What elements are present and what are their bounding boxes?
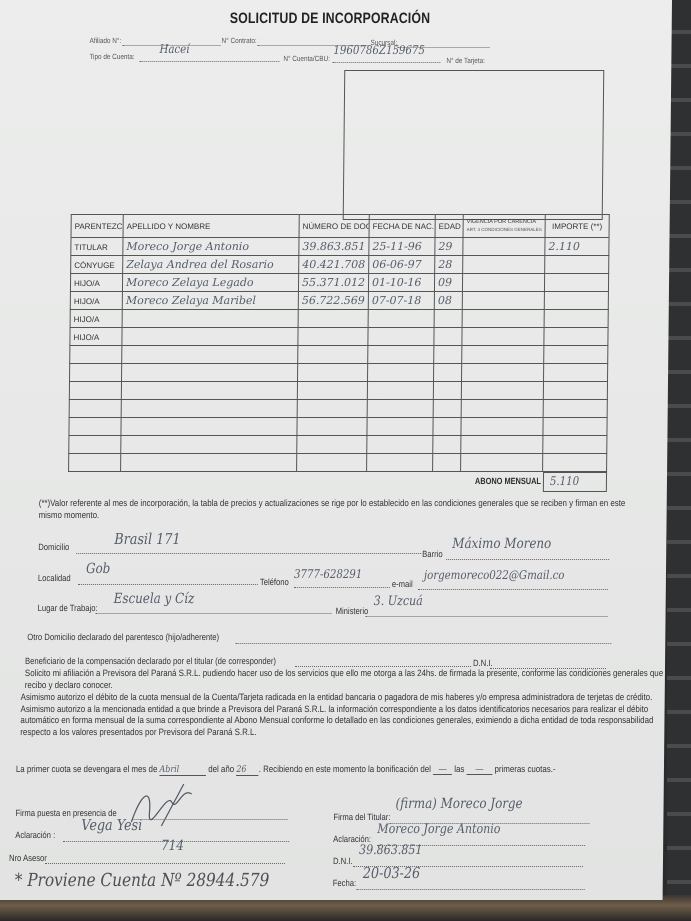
cell-nombre[interactable] <box>121 436 297 454</box>
background-surface <box>667 0 691 921</box>
cell-nombre[interactable]: Moreco Jorge Antonio <box>123 238 299 256</box>
parentezco-value: CÓNYUGE <box>74 261 115 270</box>
cell-vigencia[interactable] <box>462 328 544 346</box>
cell-vigencia[interactable] <box>462 346 544 364</box>
cell-nombre[interactable]: Moreco Zelaya Legado <box>122 274 298 292</box>
cell-vigencia[interactable] <box>462 292 544 310</box>
cell-nombre[interactable] <box>122 346 298 364</box>
col-importe: IMPORTE (**) <box>545 215 609 238</box>
cuota-text-5: primeras cuotas.- <box>494 764 555 774</box>
table-row <box>70 364 608 382</box>
cell-vigencia[interactable] <box>461 400 543 418</box>
cell-edad[interactable] <box>433 382 461 400</box>
cell-doc[interactable]: 56.722.569 <box>298 292 368 310</box>
col-vigencia-sub: ART. 4 CONDICIONES GENERALES <box>467 226 542 233</box>
parentezco-value: HIJO/A <box>74 297 100 306</box>
abono-mensual-label: ABONO MENSUAL <box>475 476 541 486</box>
cell-importe[interactable] <box>544 274 608 292</box>
cell-fecha[interactable] <box>367 400 433 418</box>
cell-edad[interactable] <box>434 346 462 364</box>
titular-dni-label: D.N.I. <box>333 856 353 866</box>
cuenta-anterior-note: * Proviene Cuenta Nº 28944.579 <box>15 870 270 891</box>
cell-doc[interactable] <box>297 418 367 436</box>
aclaracion-left-label: Aclaración : <box>15 830 55 840</box>
table-row <box>69 454 607 472</box>
cell-fecha[interactable] <box>368 328 434 346</box>
aclaracion-right-value: Moreco Jorge Antonio <box>377 822 500 837</box>
col-doc: NÚMERO DE DOC. <box>299 215 369 238</box>
doc-value: 39.863.851 <box>302 240 365 253</box>
col-vigencia-title: VIGENCIA POR CARENCIA <box>467 219 536 225</box>
cell-doc[interactable] <box>298 346 368 364</box>
cell-parentezco[interactable] <box>69 454 121 472</box>
cell-doc[interactable]: 55.371.012 <box>298 274 368 292</box>
cell-parentezco[interactable]: HIJO/A <box>70 274 122 292</box>
table-row: HIJO/AMoreco Zelaya Maribel56.722.56907-… <box>70 292 608 310</box>
cuota-line: La primer cuota se devengara el mes de A… <box>16 764 556 776</box>
cell-vigencia[interactable] <box>461 382 543 400</box>
fecha-value: 20-03-26 <box>363 864 420 882</box>
col-fecha: FECHA DE NAC. <box>369 215 435 238</box>
fecha-value: 06-06-97 <box>372 258 422 271</box>
form-title: SOLICITUD DE INCORPORACIÓN <box>230 10 431 27</box>
cell-fecha[interactable] <box>367 454 433 472</box>
form-sheet: SOLICITUD DE INCORPORACIÓN Afiliado N°: … <box>0 0 672 900</box>
parentezco-value: HIJO/A <box>73 333 99 342</box>
cell-importe[interactable] <box>543 382 607 400</box>
aclaracion-left-value: Vega Yesi <box>81 816 142 834</box>
cell-edad[interactable] <box>434 310 462 328</box>
nro-asesor-label: Nro Asesor <box>9 853 47 863</box>
cell-doc[interactable] <box>297 382 367 400</box>
cell-nombre[interactable] <box>121 382 297 400</box>
table-row <box>69 382 607 400</box>
cell-fecha[interactable]: 07-07-18 <box>368 292 434 310</box>
cell-fecha[interactable] <box>367 436 433 454</box>
cell-parentezco[interactable] <box>70 346 122 364</box>
cell-importe[interactable] <box>544 346 608 364</box>
card-photo-box <box>343 70 605 220</box>
doc-value: 56.722.569 <box>302 294 365 307</box>
fecha-value: 01-10-16 <box>372 276 422 289</box>
cell-importe[interactable] <box>544 364 608 382</box>
cuota-text-1: La primer cuota se devengara el mes de <box>16 764 158 774</box>
importe-value: 2.110 <box>548 240 580 253</box>
cell-nombre[interactable]: Zelaya Andrea del Rosario <box>123 256 299 274</box>
cell-doc[interactable] <box>298 364 368 382</box>
cell-importe[interactable]: 2.110 <box>545 238 609 256</box>
cell-vigencia[interactable] <box>463 256 545 274</box>
tipo-cuenta-value: Haceí <box>159 42 189 56</box>
cell-fecha[interactable] <box>368 346 434 364</box>
edad-value: 29 <box>438 240 452 253</box>
tarjeta-label: N° de Tarjeta: <box>446 56 485 65</box>
cell-doc[interactable] <box>297 400 367 418</box>
cell-fecha[interactable] <box>367 418 433 436</box>
domicilio-label: Domicilio <box>38 542 69 552</box>
localidad-label: Localidad <box>38 573 71 583</box>
cell-importe[interactable] <box>543 454 607 472</box>
cell-nombre[interactable] <box>121 454 297 472</box>
cell-edad[interactable]: 08 <box>434 292 462 310</box>
fecha-value: 07-07-18 <box>372 294 422 307</box>
cell-edad[interactable] <box>433 436 461 454</box>
col-vigencia: VIGENCIA POR CARENCIA ART. 4 CONDICIONES… <box>463 215 545 238</box>
email-label: e-mail <box>392 579 413 589</box>
cell-doc[interactable]: 40.421.708 <box>299 256 369 274</box>
cuota-text-2: del año <box>208 764 234 774</box>
beneficiario-field[interactable] <box>295 656 471 667</box>
cell-edad[interactable] <box>434 328 462 346</box>
cell-importe[interactable] <box>545 256 609 274</box>
cell-fecha[interactable]: 25-11-96 <box>369 238 435 256</box>
cell-nombre[interactable] <box>121 400 297 418</box>
cell-fecha[interactable] <box>368 310 434 328</box>
cell-vigencia[interactable] <box>462 364 544 382</box>
cuota-cuotas-field[interactable]: — <box>466 764 492 775</box>
barrio-label: Barrio <box>422 549 443 559</box>
table-header-row: PARENTEZCO APELLIDO Y NOMBRE NÚMERO DE D… <box>71 215 609 238</box>
cell-vigencia[interactable] <box>463 238 545 256</box>
ministerio-label: Ministerio <box>336 606 369 616</box>
tipo-cuenta-label: Tipo de Cuenta: <box>89 52 134 61</box>
nombre-value: Zelaya Andrea del Rosario <box>126 258 274 271</box>
cell-doc[interactable] <box>297 436 367 454</box>
nro-asesor-value: 714 <box>161 838 184 854</box>
edad-value: 09 <box>438 276 452 289</box>
table-row: TITULARMoreco Jorge Antonio39.863.85125-… <box>71 238 609 256</box>
cell-importe[interactable] <box>544 310 608 328</box>
doc-value: 40.421.708 <box>302 258 365 271</box>
cell-parentezco[interactable]: CÓNYUGE <box>71 256 123 274</box>
cell-parentezco[interactable] <box>70 364 122 382</box>
contrato-label: N° Contrato: <box>222 36 257 45</box>
cuota-text-3: . Recibiendo en este momento la bonifica… <box>259 764 431 774</box>
cell-parentezco[interactable]: HIJO/A <box>70 328 122 346</box>
cell-parentezco[interactable] <box>69 436 121 454</box>
cuota-bonif-field[interactable]: — <box>433 764 452 775</box>
col-edad: EDAD <box>435 215 463 238</box>
cell-edad[interactable] <box>433 400 461 418</box>
col-nombre: APELLIDO Y NOMBRE <box>123 215 299 238</box>
cell-vigencia[interactable] <box>461 436 543 454</box>
localidad-value: Gob <box>86 561 110 577</box>
abono-mensual-value: 5.110 <box>550 474 579 488</box>
doc-value: 55.371.012 <box>302 276 365 289</box>
lugar-trabajo-value: Escuela y Cíz <box>114 591 195 607</box>
barrio-value: Máximo Moreno <box>452 536 551 552</box>
cell-parentezco[interactable] <box>69 382 121 400</box>
edad-value: 28 <box>438 258 452 271</box>
cell-parentezco[interactable]: HIJO/A <box>70 310 122 328</box>
cell-nombre[interactable] <box>122 328 298 346</box>
cell-edad[interactable] <box>433 418 461 436</box>
telefono-label: Teléfono <box>260 577 289 587</box>
table-row: HIJO/AMoreco Zelaya Legado55.371.01201-1… <box>70 274 608 292</box>
otro-domicilio-field[interactable] <box>235 633 611 644</box>
fecha-label: Fecha: <box>333 878 356 888</box>
cell-vigencia[interactable] <box>461 418 543 436</box>
otro-domicilio-label: Otro Domicilio declarado del parentesco … <box>27 632 219 642</box>
cell-nombre[interactable] <box>121 418 297 436</box>
cell-importe[interactable] <box>543 400 607 418</box>
cuenta-cbu-label: N° Cuenta/CBU: <box>283 54 330 63</box>
cell-parentezco[interactable]: HIJO/A <box>70 292 122 310</box>
table-row: HIJO/A <box>70 310 608 328</box>
cell-parentezco[interactable] <box>69 400 121 418</box>
cell-nombre[interactable] <box>122 364 298 382</box>
fecha-value: 25-11-96 <box>372 240 422 253</box>
cuota-anio-field[interactable]: 26 <box>236 764 258 776</box>
ministerio-value: 3. Uzcuá <box>374 594 423 609</box>
domicilio-value: Brasil 171 <box>114 530 180 548</box>
cell-doc[interactable] <box>297 454 367 472</box>
nro-asesor-field[interactable] <box>45 853 285 864</box>
abono-mensual-field[interactable]: 5.110 <box>543 472 607 492</box>
table-row <box>69 400 607 418</box>
cuota-mes-field[interactable]: Abril <box>160 764 207 776</box>
paragraph-afiliacion: Solicito mi afiliación a Previsora del P… <box>25 668 679 691</box>
parentezco-value: HIJO/A <box>74 315 100 324</box>
nombre-value: Moreco Jorge Antonio <box>126 240 249 253</box>
cell-edad[interactable]: 09 <box>434 274 462 292</box>
cell-edad[interactable] <box>434 364 462 382</box>
cell-parentezco[interactable] <box>69 418 121 436</box>
cell-doc[interactable] <box>298 328 368 346</box>
email-value: jorgemoreco022@Gmail.co <box>424 568 565 582</box>
table-row <box>70 346 608 364</box>
cell-edad[interactable] <box>433 454 461 472</box>
nombre-value: Moreco Zelaya Legado <box>126 276 254 289</box>
cell-vigencia[interactable] <box>461 454 543 472</box>
lugar-trabajo-label: Lugar de Trabajo: <box>38 603 98 613</box>
titular-dni-value: 39.863.851 <box>359 843 422 858</box>
cell-vigencia[interactable] <box>462 310 544 328</box>
cell-parentezco[interactable]: TITULAR <box>71 238 123 256</box>
cell-doc[interactable]: 39.863.851 <box>299 238 369 256</box>
firma-titular-value: (firma) Moreco Jorge <box>395 796 522 812</box>
cell-importe[interactable] <box>543 418 607 436</box>
cell-nombre[interactable]: Moreco Zelaya Maribel <box>122 292 298 310</box>
cuenta-cbu-value: 1960786Z159675 <box>333 43 425 57</box>
footnote: (**)Valor referente al mes de incorporac… <box>39 498 633 521</box>
beneficiario-label: Beneficiario de la compensación declarad… <box>25 656 276 666</box>
cell-edad[interactable]: 29 <box>435 238 463 256</box>
parentezco-value: TITULAR <box>74 243 107 252</box>
firma-titular-label: Firma del Titular: <box>333 812 390 822</box>
cell-fecha[interactable] <box>368 364 434 382</box>
members-table: PARENTEZCO APELLIDO Y NOMBRE NÚMERO DE D… <box>68 214 610 472</box>
table-row <box>69 436 607 454</box>
table-row <box>69 418 607 436</box>
cell-fecha[interactable]: 01-10-16 <box>368 274 434 292</box>
cuota-text-4: las <box>454 764 464 774</box>
edad-value: 08 <box>438 294 452 307</box>
nombre-value: Moreco Zelaya Maribel <box>126 294 256 307</box>
cell-importe[interactable] <box>544 328 608 346</box>
table-row: HIJO/A <box>70 328 608 346</box>
cell-importe[interactable] <box>544 292 608 310</box>
cell-fecha[interactable]: 06-06-97 <box>369 256 435 274</box>
cell-nombre[interactable] <box>122 310 298 328</box>
cell-edad[interactable]: 28 <box>435 256 463 274</box>
telefono-value: 3777-628291 <box>294 567 362 581</box>
table-row: CÓNYUGEZelaya Andrea del Rosario40.421.7… <box>71 256 609 274</box>
cell-fecha[interactable] <box>367 382 433 400</box>
cell-importe[interactable] <box>543 436 607 454</box>
paragraph-debito: Asimismo autorizo el débito de la cuota … <box>20 692 674 738</box>
cell-vigencia[interactable] <box>462 274 544 292</box>
parentezco-value: HIJO/A <box>74 279 100 288</box>
cell-doc[interactable] <box>298 310 368 328</box>
afiliado-label: Afiliado N°: <box>90 36 122 45</box>
col-parentezco: PARENTEZCO <box>71 215 123 238</box>
